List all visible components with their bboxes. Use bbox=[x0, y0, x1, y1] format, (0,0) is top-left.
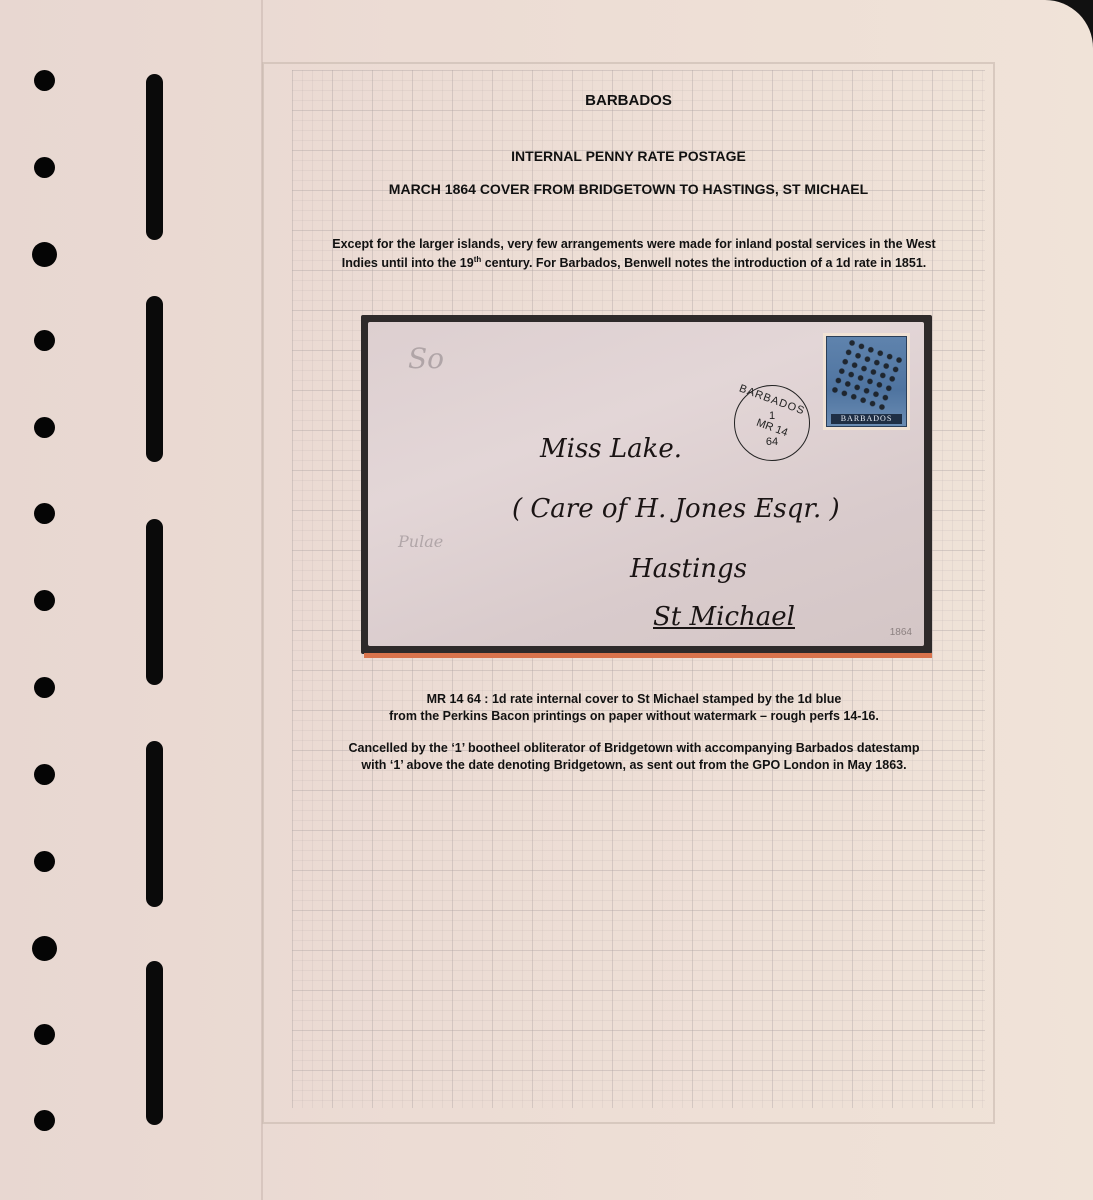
caption1-line-1: MR 14 64 : 1d rate internal cover to St … bbox=[427, 692, 842, 706]
binder-slot bbox=[146, 296, 163, 462]
caption2-line-1: Cancelled by the ‘1’ bootheel obliterato… bbox=[349, 741, 920, 755]
punch-hole bbox=[34, 590, 55, 611]
stamp-label: BARBADOS bbox=[831, 414, 902, 424]
punch-hole bbox=[34, 677, 55, 698]
binder-slot bbox=[146, 961, 163, 1125]
punch-hole bbox=[34, 503, 55, 524]
address-line-2: ( Care of H. Jones Esqr. ) bbox=[512, 494, 840, 524]
stamp-1d-blue: BARBADOS bbox=[823, 333, 910, 430]
intro-line-2b: century. For Barbados, Benwell notes the… bbox=[481, 256, 926, 270]
punch-hole bbox=[32, 936, 57, 961]
pencil-year-note: 1864 bbox=[890, 627, 912, 638]
punch-hole bbox=[34, 764, 55, 785]
punch-hole bbox=[34, 1024, 55, 1045]
section-heading: INTERNAL PENNY RATE POSTAGE bbox=[264, 148, 993, 164]
pencil-mark: Pulae bbox=[398, 532, 443, 551]
intro-line-2a: Indies until into the 19 bbox=[342, 256, 474, 270]
item-heading: MARCH 1864 COVER FROM BRIDGETOWN TO HAST… bbox=[264, 181, 993, 197]
postmark-year: 64 bbox=[735, 436, 809, 448]
binder-slot bbox=[146, 74, 163, 240]
binder-slot bbox=[146, 519, 163, 685]
caption2-line-2: with ‘1’ above the date denoting Bridget… bbox=[361, 758, 906, 772]
britannia-stamp-design: BARBADOS bbox=[826, 336, 907, 427]
postal-cover: So Pulae BARBADOS BARBADOS 1 MR 14 64 Mi… bbox=[368, 322, 924, 646]
punch-hole bbox=[34, 330, 55, 351]
caption1-line-2: from the Perkins Bacon printings on pape… bbox=[389, 709, 879, 723]
punch-hole bbox=[32, 242, 57, 267]
caption-description: MR 14 64 : 1d rate internal cover to St … bbox=[344, 691, 924, 725]
intro-paragraph: Except for the larger islands, very few … bbox=[324, 236, 944, 271]
punch-hole bbox=[34, 157, 55, 178]
address-line-1: Miss Lake. bbox=[540, 434, 682, 464]
page-title: BARBADOS bbox=[264, 92, 993, 109]
bootheel-obliterator bbox=[829, 337, 906, 414]
address-line-3: Hastings bbox=[630, 554, 747, 584]
punch-hole bbox=[34, 851, 55, 872]
intro-line-1: Except for the larger islands, very few … bbox=[332, 237, 935, 251]
address-line-4: St Michael bbox=[653, 602, 795, 632]
punch-hole bbox=[34, 417, 55, 438]
mount-edge bbox=[364, 653, 932, 658]
caption-cancellation: Cancelled by the ‘1’ bootheel obliterato… bbox=[324, 740, 944, 774]
pencil-mark: So bbox=[408, 342, 444, 375]
album-page: BARBADOS INTERNAL PENNY RATE POSTAGE MAR… bbox=[0, 0, 1093, 1200]
barbados-datestamp: BARBADOS 1 MR 14 64 bbox=[734, 385, 810, 461]
punch-hole bbox=[34, 70, 55, 91]
punch-hole bbox=[34, 1110, 55, 1131]
binder-slot bbox=[146, 741, 163, 907]
